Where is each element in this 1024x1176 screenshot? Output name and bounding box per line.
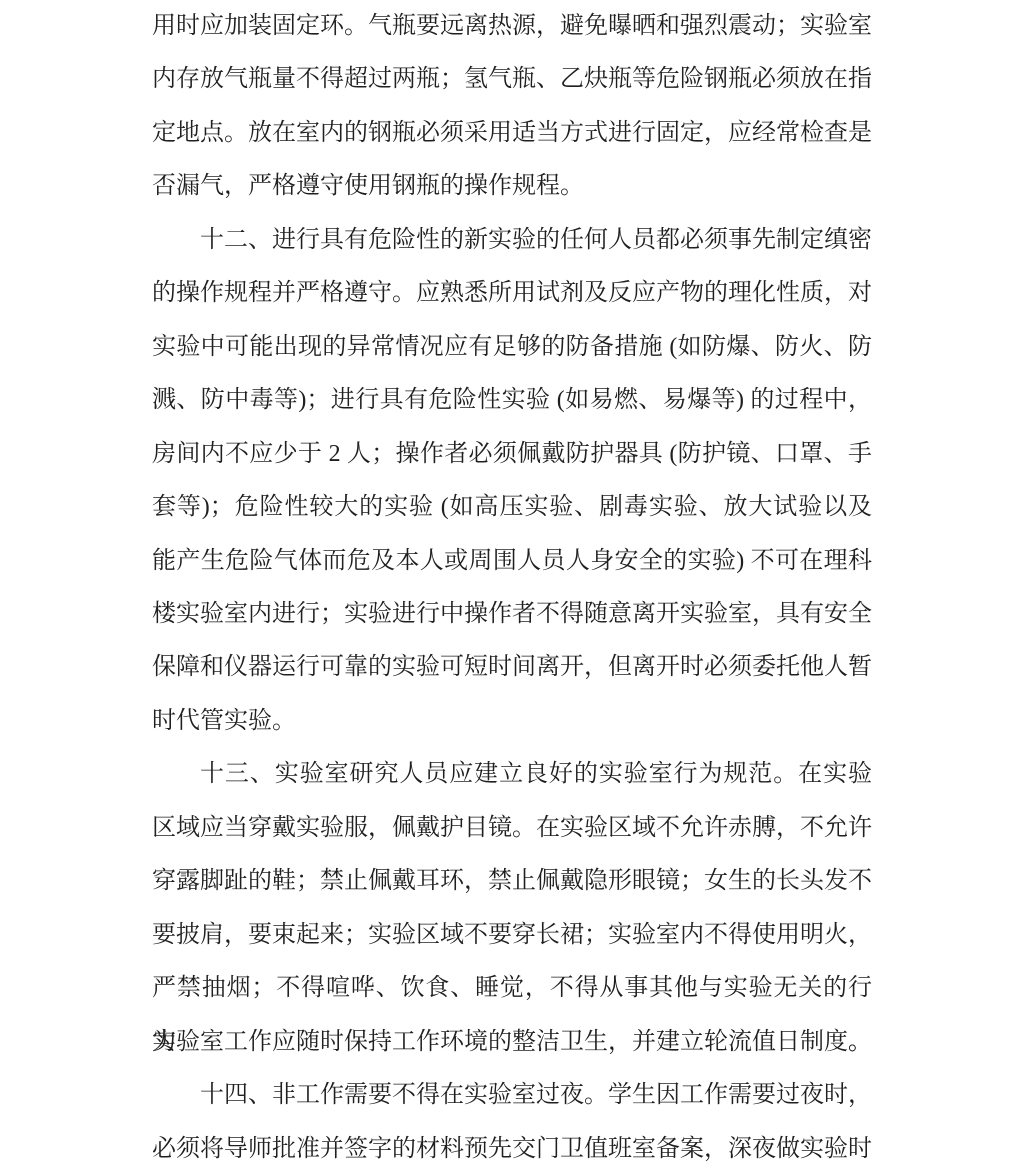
text-line: 楼实验室内进行；实验进行中操作者不得随意离开实验室，具有安全 xyxy=(152,588,872,641)
text-line: 十四、非工作需要不得在实验室过夜。学生因工作需要过夜时， xyxy=(152,1069,872,1122)
text-line: 房间内不应少于 2 人；操作者必须佩戴防护器具 (防护镜、口罩、手 xyxy=(152,428,872,481)
document-text-body: 用时应加装固定环。气瓶要远离热源，避免曝晒和强烈震动；实验室内存放气瓶量不得超过… xyxy=(152,0,872,1176)
document-page: 用时应加装固定环。气瓶要远离热源，避免曝晒和强烈震动；实验室内存放气瓶量不得超过… xyxy=(152,0,872,1176)
text-line: 区域应当穿戴实验服，佩戴护目镜。在实验区域不允许赤膊，不允许 xyxy=(152,802,872,855)
text-line: 能产生危险气体而危及本人或周围人员人身安全的实验) 不可在理科 xyxy=(152,535,872,588)
text-line: 实验中可能出现的异常情况应有足够的防备措施 (如防爆、防火、防 xyxy=(152,321,872,374)
text-line: 溅、防中毒等)；进行具有危险性实验 (如易燃、易爆等) 的过程中， xyxy=(152,374,872,427)
text-line: 定地点。放在室内的钢瓶必须采用适当方式进行固定，应经常检查是 xyxy=(152,107,872,160)
text-line: 内存放气瓶量不得超过两瓶；氢气瓶、乙炔瓶等危险钢瓶必须放在指 xyxy=(152,53,872,106)
text-line: 要披肩，要束起来；实验区域不要穿长裙；实验室内不得使用明火， xyxy=(152,909,872,962)
text-line: 保障和仪器运行可靠的实验可短时间离开，但离开时必须委托他人暂 xyxy=(152,641,872,694)
text-line: 实验室工作应随时保持工作环境的整洁卫生，并建立轮流值日制度。 xyxy=(152,1016,872,1069)
text-line: 十二、进行具有危险性的新实验的任何人员都必须事先制定缜密 xyxy=(152,214,872,267)
text-line: 必须将导师批准并签字的材料预先交门卫值班室备案，深夜做实验时 xyxy=(152,1123,872,1176)
text-line: 时代管实验。 xyxy=(152,695,872,748)
text-line: 十三、实验室研究人员应建立良好的实验室行为规范。在实验 xyxy=(152,748,872,801)
text-line: 套等)；危险性较大的实验 (如高压实验、剧毒实验、放大试验以及 xyxy=(152,481,872,534)
text-line: 穿露脚趾的鞋；禁止佩戴耳环，禁止佩戴隐形眼镜；女生的长头发不 xyxy=(152,855,872,908)
text-line: 否漏气，严格遵守使用钢瓶的操作规程。 xyxy=(152,160,872,213)
text-line: 的操作规程并严格遵守。应熟悉所用试剂及反应产物的理化性质，对 xyxy=(152,267,872,320)
text-line: 用时应加装固定环。气瓶要远离热源，避免曝晒和强烈震动；实验室 xyxy=(152,0,872,53)
text-line: 严禁抽烟；不得喧哗、饮食、睡觉，不得从事其他与实验无关的行为。 xyxy=(152,962,872,1015)
